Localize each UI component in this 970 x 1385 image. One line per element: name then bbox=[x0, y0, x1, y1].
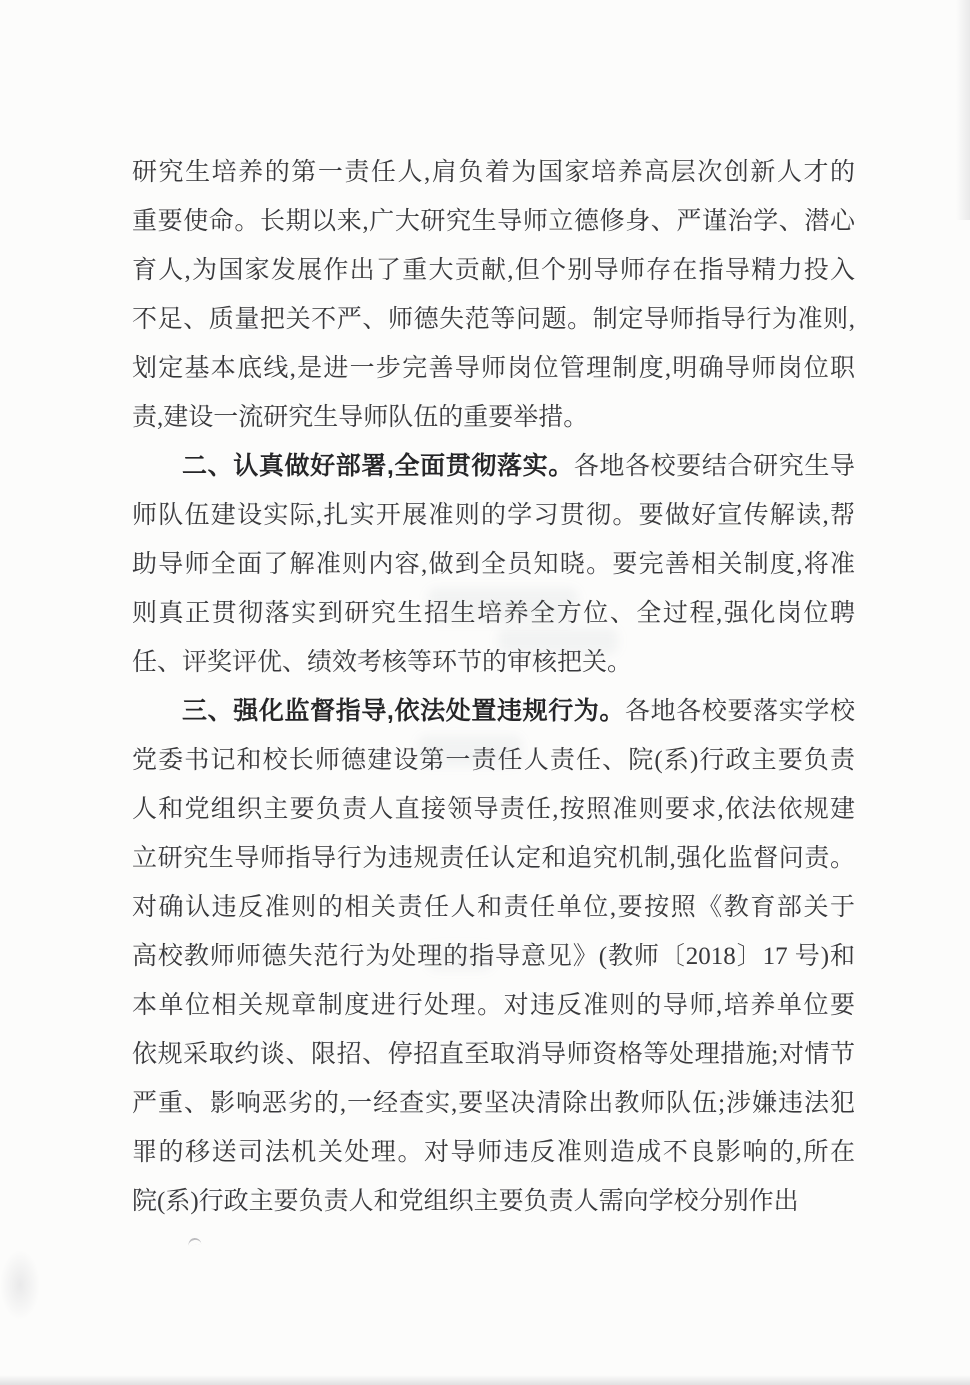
text-line: 责,建设一流研究生导师队伍的重要举措。 bbox=[132, 393, 855, 442]
section-heading-3: 三、强化监督指导,依法处置违规行为。 bbox=[182, 697, 625, 725]
paragraph-2: 二、认真做好部署,全面贯彻落实。各地各校要结合研究生导 师队伍建设实际,扎实开展… bbox=[132, 442, 855, 687]
text-line-content: 严重、影响恶劣的,一经查实,要坚决清除出教师队伍;涉嫌违法犯 bbox=[132, 1090, 855, 1117]
text-line-content: 罪的移送司法机关处理。对导师违反准则造成不良影响的,所在 bbox=[132, 1139, 855, 1166]
text-line-content: 各地各校要结合研究生导 bbox=[574, 453, 855, 480]
text-line-content: 党委书记和校长师德建设第一责任人责任、院(系)行政主要负责 bbox=[132, 747, 855, 774]
text-line: 党委书记和校长师德建设第一责任人责任、院(系)行政主要负责 bbox=[132, 736, 855, 785]
text-line: 不足、质量把关不严、师德失范等问题。制定导师指导行为准则, bbox=[132, 295, 855, 344]
document-body-text: 研究生培养的第一责任人,肩负着为国家培养高层次创新人才的 重要使命。长期以来,广… bbox=[132, 148, 855, 1226]
text-line: 罪的移送司法机关处理。对导师违反准则造成不良影响的,所在 bbox=[132, 1128, 855, 1177]
text-line-content: 则真正贯彻落实到研究生招生培养全方位、全过程,强化岗位聘 bbox=[132, 600, 855, 627]
scan-speck-artifact bbox=[188, 1237, 202, 1246]
text-line: 院(系)行政主要负责人和党组织主要负责人需向学校分别作出 bbox=[132, 1177, 855, 1226]
text-line-content: 立研究生导师指导行为违规责任认定和追究机制,强化监督问责。 bbox=[132, 845, 855, 872]
text-line-content: 育人,为国家发展作出了重大贡献,但个别导师存在指导精力投入 bbox=[132, 257, 855, 284]
text-line: 对确认违反准则的相关责任人和责任单位,要按照《教育部关于 bbox=[132, 883, 855, 932]
text-line: 严重、影响恶劣的,一经查实,要坚决清除出教师队伍;涉嫌违法犯 bbox=[132, 1079, 855, 1128]
text-line-content: 人和党组织主要负责人直接领导责任,按照准则要求,依法依规建 bbox=[132, 796, 855, 823]
text-line: 研究生培养的第一责任人,肩负着为国家培养高层次创新人才的 bbox=[132, 148, 855, 197]
text-line-content: 高校教师师德失范行为处理的指导意见》(教师〔2018〕17 号)和 bbox=[132, 943, 855, 970]
text-line-content: 研究生培养的第一责任人,肩负着为国家培养高层次创新人才的 bbox=[132, 159, 855, 186]
text-line: 本单位相关规章制度进行处理。对违反准则的导师,培养单位要 bbox=[132, 981, 855, 1030]
text-line: 育人,为国家发展作出了重大贡献,但个别导师存在指导精力投入 bbox=[132, 246, 855, 295]
paragraph-3: 三、强化监督指导,依法处置违规行为。各地各校要落实学校 党委书记和校长师德建设第… bbox=[132, 687, 855, 1226]
text-line-content: 重要使命。长期以来,广大研究生导师立德修身、严谨治学、潜心 bbox=[132, 208, 855, 235]
text-line-content: 院(系)行政主要负责人和党组织主要负责人需向学校分别作出 bbox=[132, 1188, 799, 1215]
text-line: 高校教师师德失范行为处理的指导意见》(教师〔2018〕17 号)和 bbox=[132, 932, 855, 981]
text-line-content: 本单位相关规章制度进行处理。对违反准则的导师,培养单位要 bbox=[132, 992, 855, 1019]
text-line-content: 责,建设一流研究生导师队伍的重要举措。 bbox=[132, 404, 588, 431]
text-line-content: 任、评奖评优、绩效考核等环节的审核把关。 bbox=[132, 649, 632, 676]
text-line-content: 依规采取约谈、限招、停招直至取消导师资格等处理措施;对情节 bbox=[132, 1041, 855, 1068]
text-line: 二、认真做好部署,全面贯彻落实。各地各校要结合研究生导 bbox=[132, 442, 855, 491]
paragraph-1: 研究生培养的第一责任人,肩负着为国家培养高层次创新人才的 重要使命。长期以来,广… bbox=[132, 148, 855, 442]
text-line: 三、强化监督指导,依法处置违规行为。各地各校要落实学校 bbox=[132, 687, 855, 736]
text-line-content: 助导师全面了解准则内容,做到全员知晓。要完善相关制度,将准 bbox=[132, 551, 855, 578]
scan-corner-shading bbox=[0, 1250, 40, 1320]
text-line-content: 各地各校要落实学校 bbox=[625, 698, 855, 725]
text-line-content: 对确认违反准则的相关责任人和责任单位,要按照《教育部关于 bbox=[132, 894, 855, 921]
text-line: 依规采取约谈、限招、停招直至取消导师资格等处理措施;对情节 bbox=[132, 1030, 855, 1079]
text-line: 助导师全面了解准则内容,做到全员知晓。要完善相关制度,将准 bbox=[132, 540, 855, 589]
text-line: 重要使命。长期以来,广大研究生导师立德修身、严谨治学、潜心 bbox=[132, 197, 855, 246]
section-heading-2: 二、认真做好部署,全面贯彻落实。 bbox=[182, 452, 574, 480]
text-line: 划定基本底线,是进一步完善导师岗位管理制度,明确导师岗位职 bbox=[132, 344, 855, 393]
scan-edge-shading bbox=[0, 1375, 970, 1385]
text-line: 任、评奖评优、绩效考核等环节的审核把关。 bbox=[132, 638, 855, 687]
text-line-content: 划定基本底线,是进一步完善导师岗位管理制度,明确导师岗位职 bbox=[132, 355, 855, 382]
text-line-content: 不足、质量把关不严、师德失范等问题。制定导师指导行为准则, bbox=[132, 306, 855, 333]
text-line-content: 师队伍建设实际,扎实开展准则的学习贯彻。要做好宣传解读,帮 bbox=[132, 502, 855, 529]
text-line: 人和党组织主要负责人直接领导责任,按照准则要求,依法依规建 bbox=[132, 785, 855, 834]
text-line: 立研究生导师指导行为违规责任认定和追究机制,强化监督问责。 bbox=[132, 834, 855, 883]
scanned-document-page: 研究生培养的第一责任人,肩负着为国家培养高层次创新人才的 重要使命。长期以来,广… bbox=[0, 0, 970, 1385]
scan-edge-shading bbox=[956, 0, 970, 220]
text-line: 师队伍建设实际,扎实开展准则的学习贯彻。要做好宣传解读,帮 bbox=[132, 491, 855, 540]
text-line: 则真正贯彻落实到研究生招生培养全方位、全过程,强化岗位聘 bbox=[132, 589, 855, 638]
